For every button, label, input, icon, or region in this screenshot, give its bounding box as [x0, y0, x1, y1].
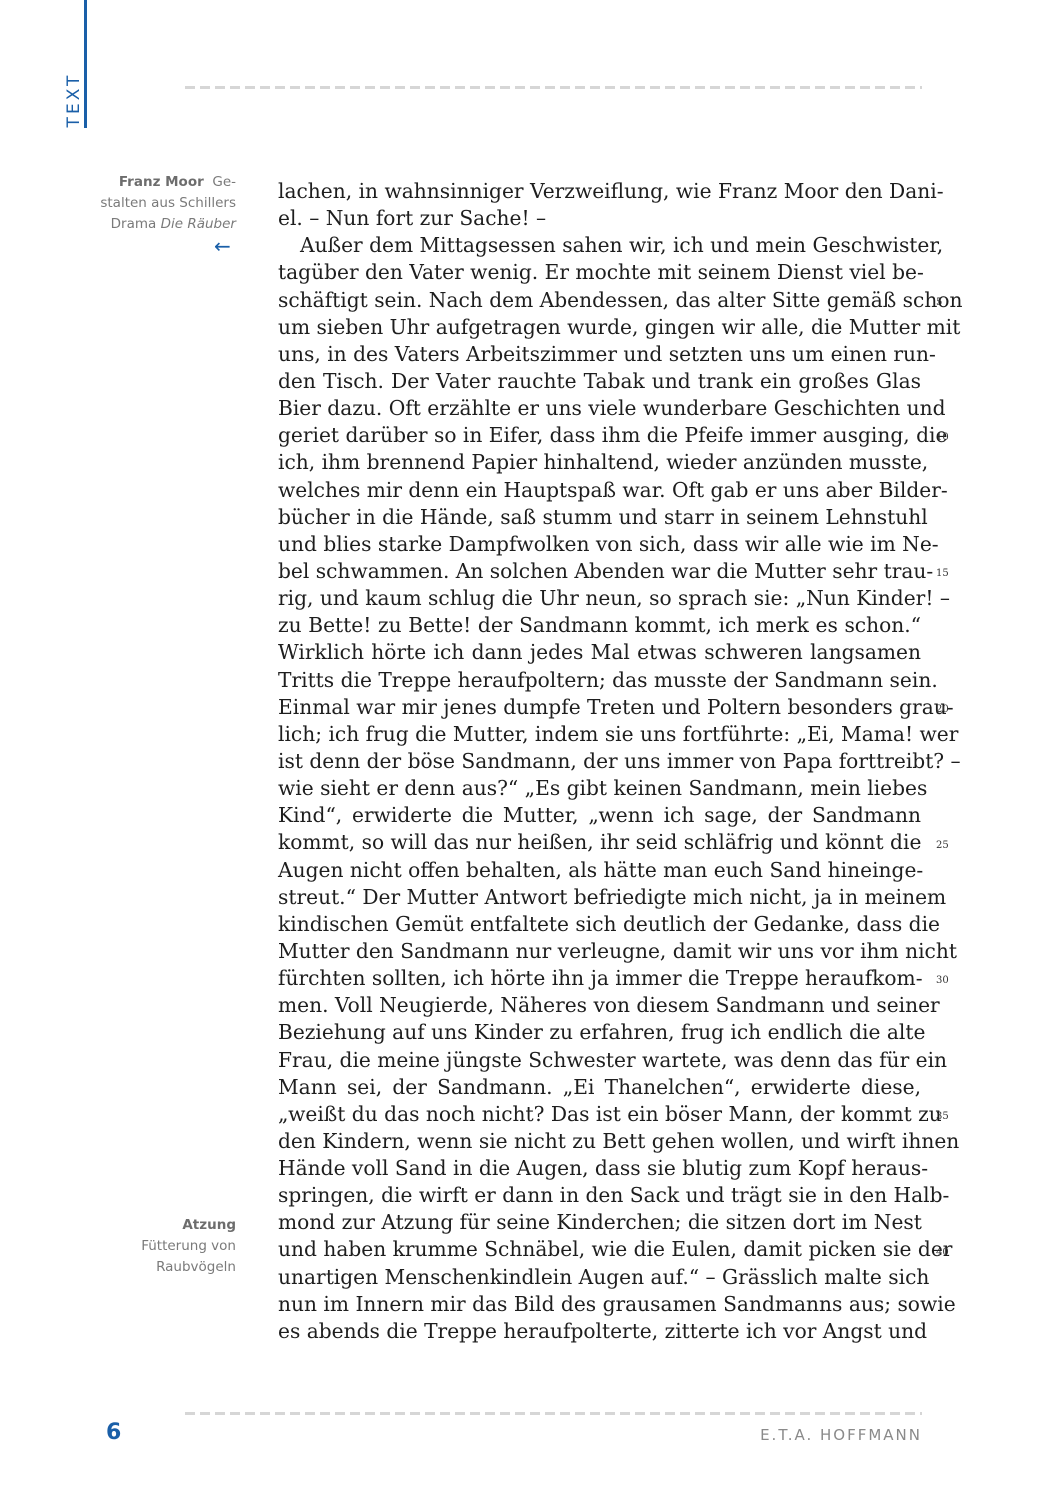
- text-line: um sieben Uhr aufgetragen wurde, gingen …: [278, 314, 921, 341]
- header-dashed-rule: [185, 86, 922, 89]
- text-line: „weißt du das noch nicht? Das ist ein bö…: [278, 1101, 921, 1128]
- text-line: nun im Innern mir das Bild des grausamen…: [278, 1291, 921, 1318]
- text-line: ist denn der böse Sandmann, der uns imme…: [278, 748, 921, 775]
- running-footer-author: E.T.A. HOFFMANN: [760, 1426, 922, 1444]
- text-line: wie sieht er denn aus?“ „Es gibt keinen …: [278, 775, 921, 802]
- text-line: rig, und kaum schlug die Uhr neun, so sp…: [278, 585, 921, 612]
- text-line: Augen nicht offen behalten, als hätte ma…: [278, 857, 921, 884]
- line-number: 15: [936, 568, 949, 579]
- text-line: zu Bette! zu Bette! der Sandmann kommt, …: [278, 612, 921, 639]
- text-line: Hände voll Sand in die Augen, dass sie b…: [278, 1155, 921, 1182]
- section-rule: [84, 0, 87, 128]
- margin-note-atzung: Atzung Fütterung von Raubvögeln: [86, 1215, 236, 1278]
- text-line: Wirklich hörte ich dann jedes Mal etwas …: [278, 639, 921, 666]
- text-line: und blies starke Dampfwolken von sich, d…: [278, 531, 921, 558]
- line-number: 10: [936, 432, 949, 443]
- text-line: kindischen Gemüt entfaltete sich deutlic…: [278, 911, 921, 938]
- text-line: den Kindern, wenn sie nicht zu Bett gehe…: [278, 1128, 921, 1155]
- text-line: men. Voll Neugierde, Näheres von diesem …: [278, 992, 921, 1019]
- margin-note-definition: Fütterung von: [141, 1238, 236, 1254]
- margin-note-term: Atzung: [182, 1217, 236, 1233]
- text-line: kommt, so will das nur heißen, ihr seid …: [278, 829, 921, 856]
- margin-note-franz-moor: Franz Moor Ge- stalten aus Schillers Dra…: [86, 172, 236, 235]
- margin-note-term: Franz Moor: [119, 174, 204, 190]
- text-line: Mann sei, der Sandmann. „Ei Thanelchen“,…: [278, 1074, 921, 1101]
- line-number: 25: [936, 840, 949, 851]
- text-line: den Tisch. Der Vater rauchte Tabak und t…: [278, 368, 921, 395]
- text-line: geriet darüber so in Eifer, dass ihm die…: [278, 422, 921, 449]
- text-line: streut.“ Der Mutter Antwort befriedigte …: [278, 884, 921, 911]
- page-number: 6: [106, 1420, 121, 1445]
- margin-note-definition: Ge-: [212, 174, 236, 190]
- text-line: Frau, die meine jüngste Schwester wartet…: [278, 1047, 921, 1074]
- text-line: el. – Nun fort zur Sache! –: [278, 205, 921, 232]
- text-line: Tritts die Treppe heraufpoltern; das mus…: [278, 667, 921, 694]
- text-line: und haben krumme Schnäbel, wie die Eulen…: [278, 1236, 921, 1263]
- text-line: mond zur Atzung für seine Kinderchen; di…: [278, 1209, 921, 1236]
- text-line: welches mir denn ein Hauptspaß war. Oft …: [278, 477, 921, 504]
- text-line: Einmal war mir jenes dumpfe Treten und P…: [278, 694, 921, 721]
- arrow-left-icon: ←: [214, 236, 231, 256]
- text-line: es abends die Treppe heraufpolterte, zit…: [278, 1318, 921, 1345]
- text-line: springen, die wirft er dann in den Sack …: [278, 1182, 921, 1209]
- line-number: 30: [936, 975, 949, 986]
- text-line: Kind“, erwiderte die Mutter, „wenn ich s…: [278, 802, 921, 829]
- text-line: fürchten sollten, ich hörte ihn ja immer…: [278, 965, 921, 992]
- text-line: Mutter den Sandmann nur verleugne, damit…: [278, 938, 921, 965]
- text-line: bücher in die Hände, saß stumm und starr…: [278, 504, 921, 531]
- line-number: 20: [936, 704, 949, 715]
- text-line: ich, ihm brennend Papier hinhaltend, wie…: [278, 449, 921, 476]
- text-line: Beziehung auf uns Kinder zu erfahren, fr…: [278, 1019, 921, 1046]
- text-line: bel schwammen. An solchen Abenden war di…: [278, 558, 921, 585]
- text-line: lich; ich frug die Mutter, indem sie uns…: [278, 721, 921, 748]
- text-line: schäftigt sein. Nach dem Abendessen, das…: [278, 287, 921, 314]
- margin-note-work-title: Die Räuber: [161, 216, 236, 232]
- body-text: lachen, in wahnsinniger Verzweiflung, wi…: [278, 178, 921, 1345]
- section-label: TEXT: [64, 70, 84, 130]
- text-line: unartigen Menschenkindlein Augen auf.“ –…: [278, 1264, 921, 1291]
- text-line: Außer dem Mittagsessen sahen wir, ich un…: [278, 232, 921, 259]
- line-number: 35: [936, 1111, 949, 1122]
- line-number: 5: [936, 297, 942, 308]
- footer-dashed-rule: [185, 1412, 922, 1415]
- text-line: lachen, in wahnsinniger Verzweiflung, wi…: [278, 178, 921, 205]
- line-number: 40: [936, 1247, 949, 1258]
- margin-note-definition: Drama: [111, 216, 157, 232]
- margin-note-definition: stalten aus Schillers: [100, 195, 236, 211]
- text-line: uns, in des Vaters Arbeitszimmer und set…: [278, 341, 921, 368]
- text-line: Bier dazu. Oft erzählte er uns viele wun…: [278, 395, 921, 422]
- margin-note-definition: Raubvögeln: [156, 1259, 236, 1275]
- text-line: tagüber den Vater wenig. Er mochte mit s…: [278, 259, 921, 286]
